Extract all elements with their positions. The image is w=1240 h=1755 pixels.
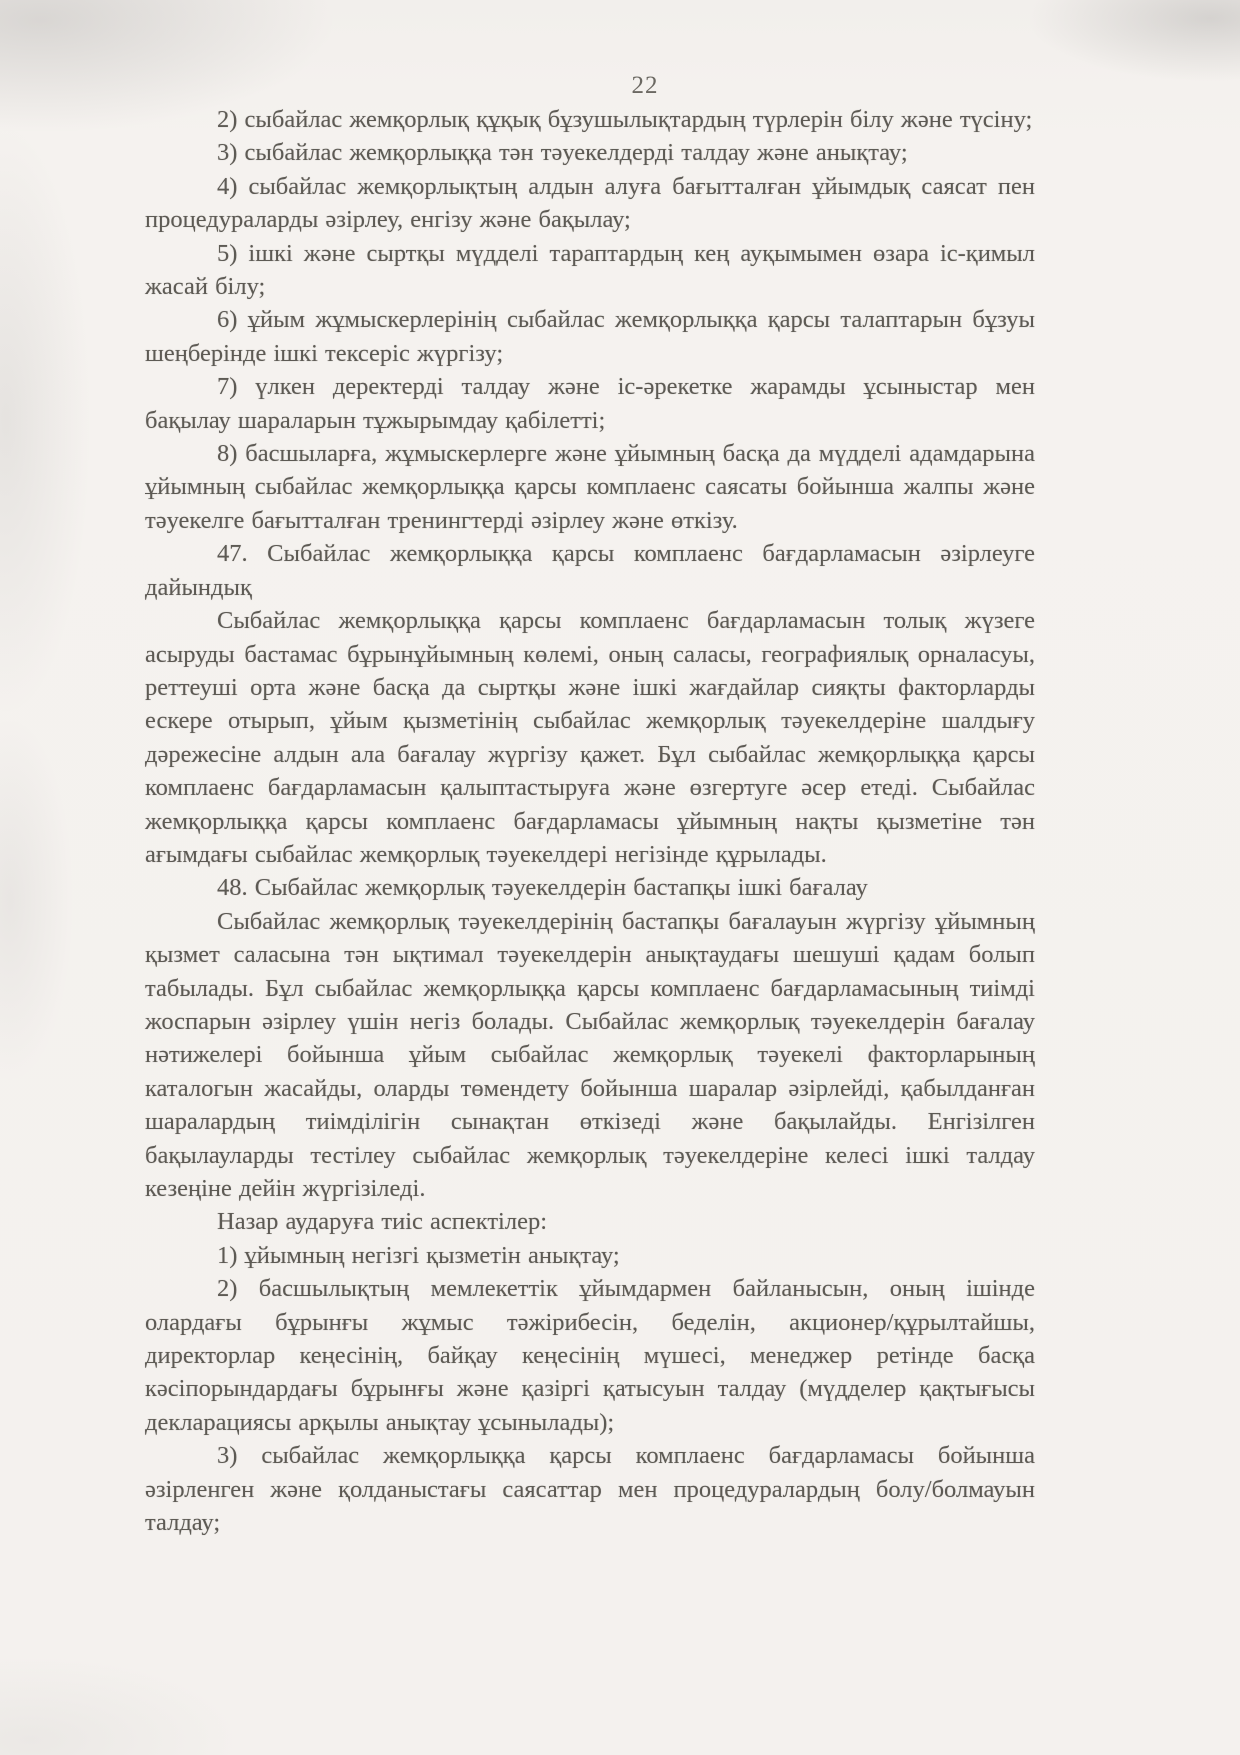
- paragraph-aspects-intro: Назар аударуға тиіс аспектілер:: [145, 1205, 1035, 1238]
- paragraph-section-48: Сыбайлас жемқорлық тәуекелдерінің бастап…: [145, 905, 1035, 1206]
- paragraph-item-8: 8) басшыларға, жұмыскерлерге және ұйымны…: [145, 437, 1035, 537]
- paragraph-item-2: 2) сыбайлас жемқорлық құқық бұзушылықтар…: [145, 103, 1035, 136]
- document-body: 2) сыбайлас жемқорлық құқық бұзушылықтар…: [145, 103, 1035, 1539]
- paragraph-aspect-3: 3) сыбайлас жемқорлыққа қарсы комплаенс …: [145, 1439, 1035, 1539]
- paragraph-item-6: 6) ұйым жұмыскерлерінің сыбайлас жемқорл…: [145, 303, 1035, 370]
- paragraph-aspect-2: 2) басшылықтың мемлекеттік ұйымдармен ба…: [145, 1272, 1035, 1439]
- page-number: 22: [605, 72, 685, 100]
- paragraph-item-4: 4) сыбайлас жемқорлықтың алдын алуға бағ…: [145, 170, 1035, 237]
- paragraph-item-5: 5) ішкі және сыртқы мүдделі тараптардың …: [145, 237, 1035, 304]
- paragraph-section-47: Сыбайлас жемқорлыққа қарсы комплаенс бағ…: [145, 604, 1035, 871]
- paragraph-aspect-1: 1) ұйымның негізгі қызметін анықтау;: [145, 1239, 1035, 1272]
- paragraph-item-3: 3) сыбайлас жемқорлыққа тән тәуекелдерді…: [145, 136, 1035, 169]
- paragraph-item-7: 7) үлкен деректерді талдау және іс-әреке…: [145, 370, 1035, 437]
- heading-section-47: 47. Сыбайлас жемқорлыққа қарсы комплаенс…: [145, 537, 1035, 604]
- heading-section-48: 48. Сыбайлас жемқорлық тәуекелдерін баст…: [145, 871, 1035, 904]
